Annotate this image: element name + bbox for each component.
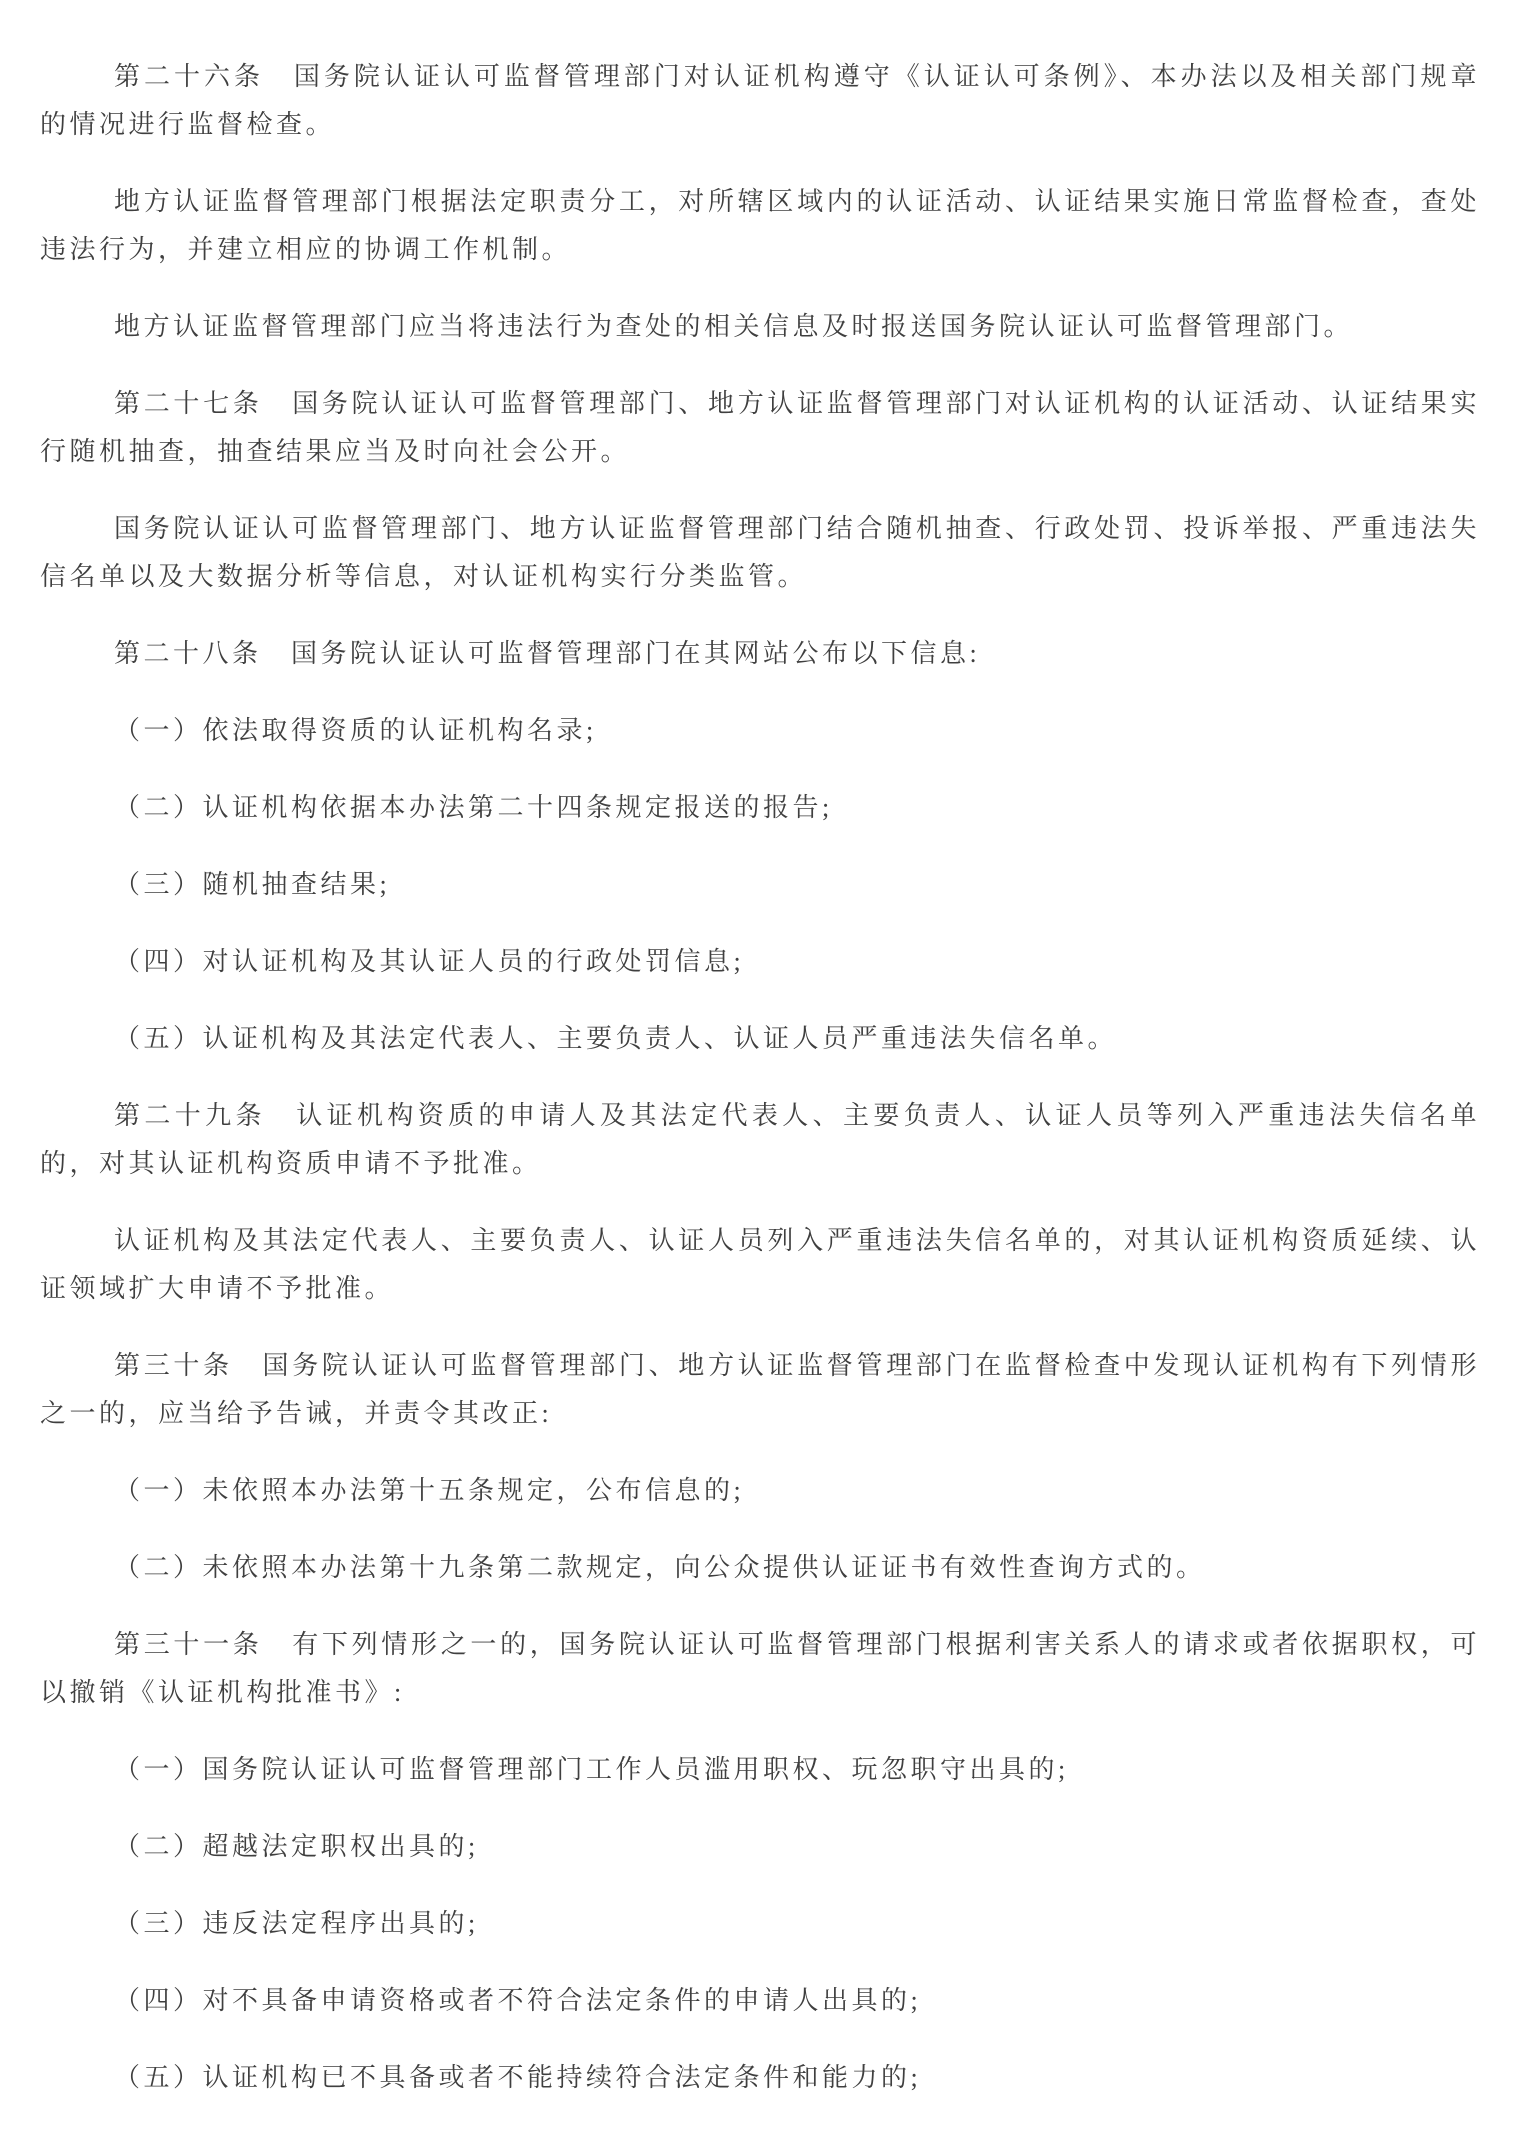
- list-item-article-31-item-1: （一）国务院认证认可监督管理部门工作人员滥用职权、玩忽职守出具的;: [40, 1746, 1480, 1794]
- paragraph-article-31-opening: 第三十一条 有下列情形之一的，国务院认证认可监督管理部门根据利害关系人的请求或者…: [40, 1621, 1480, 1717]
- document-page: 第二十六条 国务院认证认可监督管理部门对认证机构遵守《认证认可条例》、本办法以及…: [0, 0, 1520, 2150]
- list-item-article-28-item-1: （一）依法取得资质的认证机构名录;: [40, 707, 1480, 755]
- list-item-article-31-item-3: （三）违反法定程序出具的;: [40, 1900, 1480, 1948]
- list-item-article-28-item-4: （四）对认证机构及其认证人员的行政处罚信息;: [40, 938, 1480, 986]
- list-item-article-30-item-1: （一）未依照本办法第十五条规定，公布信息的;: [40, 1467, 1480, 1515]
- list-item-article-31-item-4: （四）对不具备申请资格或者不符合法定条件的申请人出具的;: [40, 1977, 1480, 2025]
- list-item-article-28-item-5: （五）认证机构及其法定代表人、主要负责人、认证人员严重违法失信名单。: [40, 1015, 1480, 1063]
- list-item-article-31-item-2: （二）超越法定职权出具的;: [40, 1823, 1480, 1871]
- paragraph-article-26-opening: 第二十六条 国务院认证认可监督管理部门对认证机构遵守《认证认可条例》、本办法以及…: [40, 53, 1480, 149]
- paragraph-article-27-clause-2: 国务院认证认可监督管理部门、地方认证监督管理部门结合随机抽查、行政处罚、投诉举报…: [40, 505, 1480, 601]
- paragraph-article-26-clause-3: 地方认证监督管理部门应当将违法行为查处的相关信息及时报送国务院认证认可监督管理部…: [40, 303, 1480, 351]
- paragraph-article-29-clause-2: 认证机构及其法定代表人、主要负责人、认证人员列入严重违法失信名单的，对其认证机构…: [40, 1217, 1480, 1313]
- paragraph-article-30-opening: 第三十条 国务院认证认可监督管理部门、地方认证监督管理部门在监督检查中发现认证机…: [40, 1342, 1480, 1438]
- paragraph-article-29-opening: 第二十九条 认证机构资质的申请人及其法定代表人、主要负责人、认证人员等列入严重违…: [40, 1092, 1480, 1188]
- list-item-article-30-item-2: （二）未依照本办法第十九条第二款规定，向公众提供认证证书有效性查询方式的。: [40, 1544, 1480, 1592]
- paragraph-article-27-opening: 第二十七条 国务院认证认可监督管理部门、地方认证监督管理部门对认证机构的认证活动…: [40, 380, 1480, 476]
- list-item-article-31-item-5: （五）认证机构已不具备或者不能持续符合法定条件和能力的;: [40, 2054, 1480, 2102]
- list-item-article-28-item-3: （三）随机抽查结果;: [40, 861, 1480, 909]
- paragraph-article-28-opening: 第二十八条 国务院认证认可监督管理部门在其网站公布以下信息:: [40, 630, 1480, 678]
- list-item-article-28-item-2: （二）认证机构依据本办法第二十四条规定报送的报告;: [40, 784, 1480, 832]
- paragraph-article-26-clause-2: 地方认证监督管理部门根据法定职责分工，对所辖区域内的认证活动、认证结果实施日常监…: [40, 178, 1480, 274]
